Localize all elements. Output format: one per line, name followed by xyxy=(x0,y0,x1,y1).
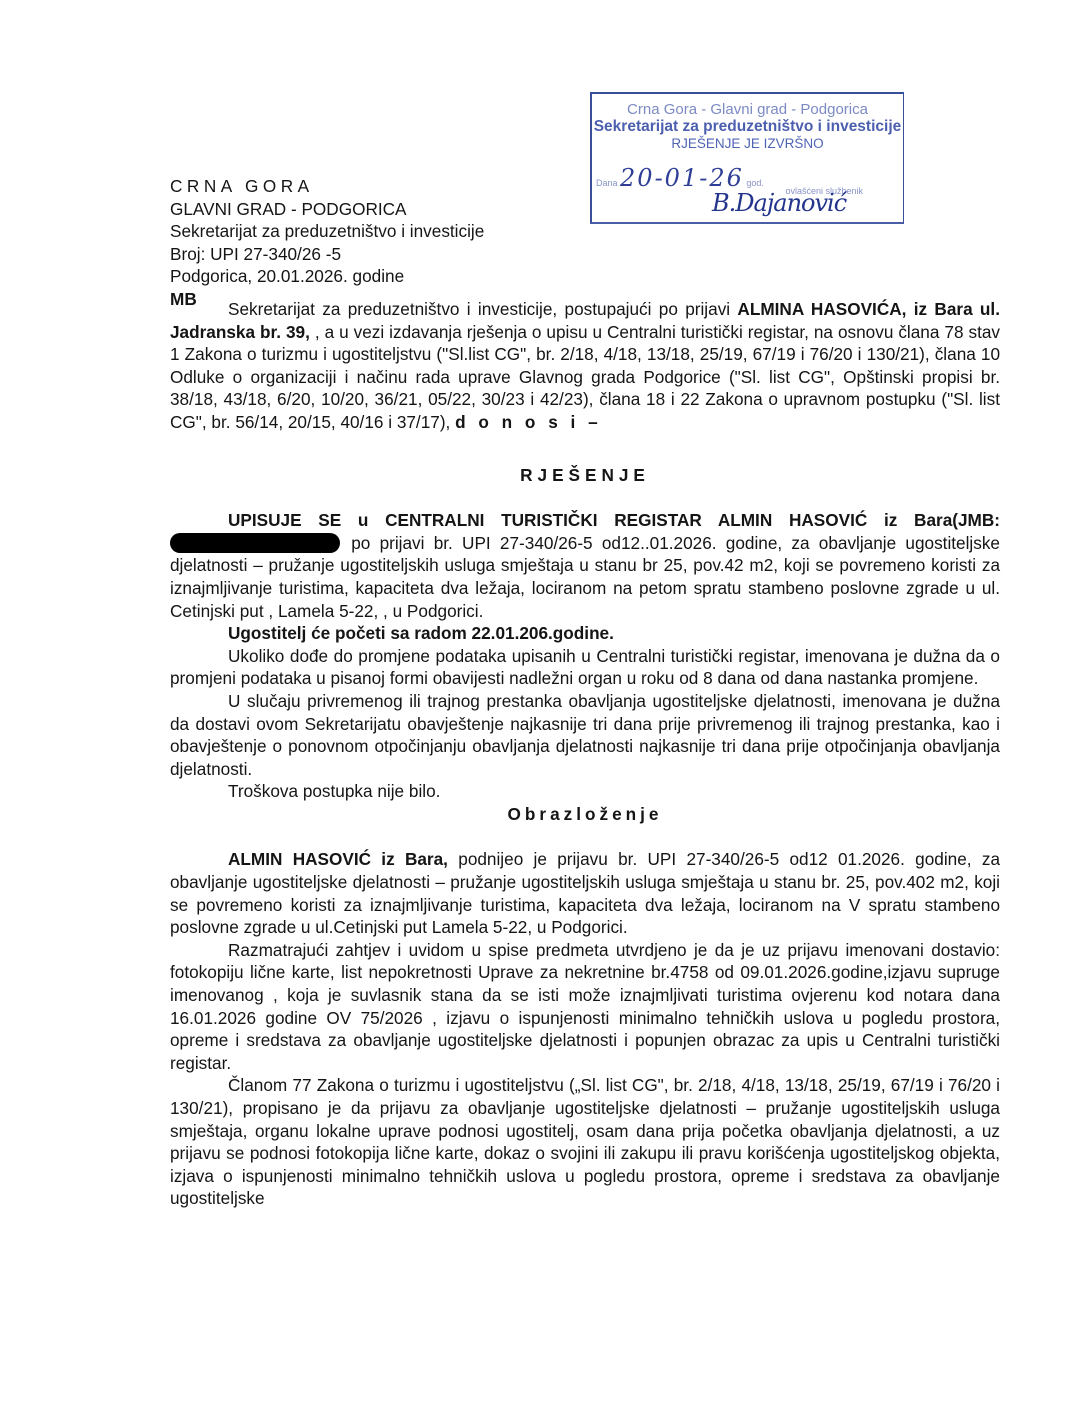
decision-costs: Troškova postupka nije bilo. xyxy=(170,780,1000,803)
document-header: CRNA GORA GLAVNI GRAD - PODGORICA Sekret… xyxy=(170,175,484,311)
reference-number: Broj: UPI 27-340/26 -5 xyxy=(170,243,484,266)
stamp-status: RJEŠENJE JE IZVRŠNO xyxy=(592,136,903,151)
place-date: Podgorica, 20.01.2026. godine xyxy=(170,265,484,288)
intro-paragraph: Sekretarijat za preduzetništvo i investi… xyxy=(170,298,1000,434)
city-name: GLAVNI GRAD - PODGORICA xyxy=(170,198,484,221)
reasoning-paragraph-2: Razmatrajući zahtjev i uvidom u spise pr… xyxy=(170,939,1000,1075)
decision-registration: UPISUJE SE u CENTRALNI TURISTIČKI REGIST… xyxy=(170,509,1000,622)
stamp-date-handwritten: 20-01-26 xyxy=(620,164,744,192)
redacted-jmb xyxy=(170,533,340,553)
decision-heading: RJEŠENJE xyxy=(170,464,1000,487)
country-name: CRNA GORA xyxy=(170,175,484,198)
decision-change-notice: Ukoliko dođe do promjene podataka upisan… xyxy=(170,645,1000,690)
official-stamp: Crna Gora - Glavni grad - Podgorica Sekr… xyxy=(590,92,904,224)
stamp-department: Sekretarijat za preduzetništvo i investi… xyxy=(592,118,903,136)
department-name: Sekretarijat za preduzetništvo i investi… xyxy=(170,220,484,243)
decision-start-date: Ugostitelj će početi sa radom 22.01.206.… xyxy=(170,622,1000,645)
signature: B.Dajanović xyxy=(712,189,846,217)
decision-cessation-notice: U slučaju privremenog ili trajnog presta… xyxy=(170,690,1000,780)
document-body: Sekretarijat za preduzetništvo i investi… xyxy=(170,298,1000,1210)
reasoning-paragraph-3: Članom 77 Zakona o turizmu i ugostiteljs… xyxy=(170,1074,1000,1210)
reasoning-heading: Obrazloženje xyxy=(170,803,1000,826)
donosi: d o n o s i – xyxy=(455,412,602,432)
stamp-authority: Crna Gora - Glavni grad - Podgorica xyxy=(592,101,903,118)
reasoning-paragraph-1: ALMIN HASOVIĆ iz Bara, podnijeo je prija… xyxy=(170,848,1000,938)
